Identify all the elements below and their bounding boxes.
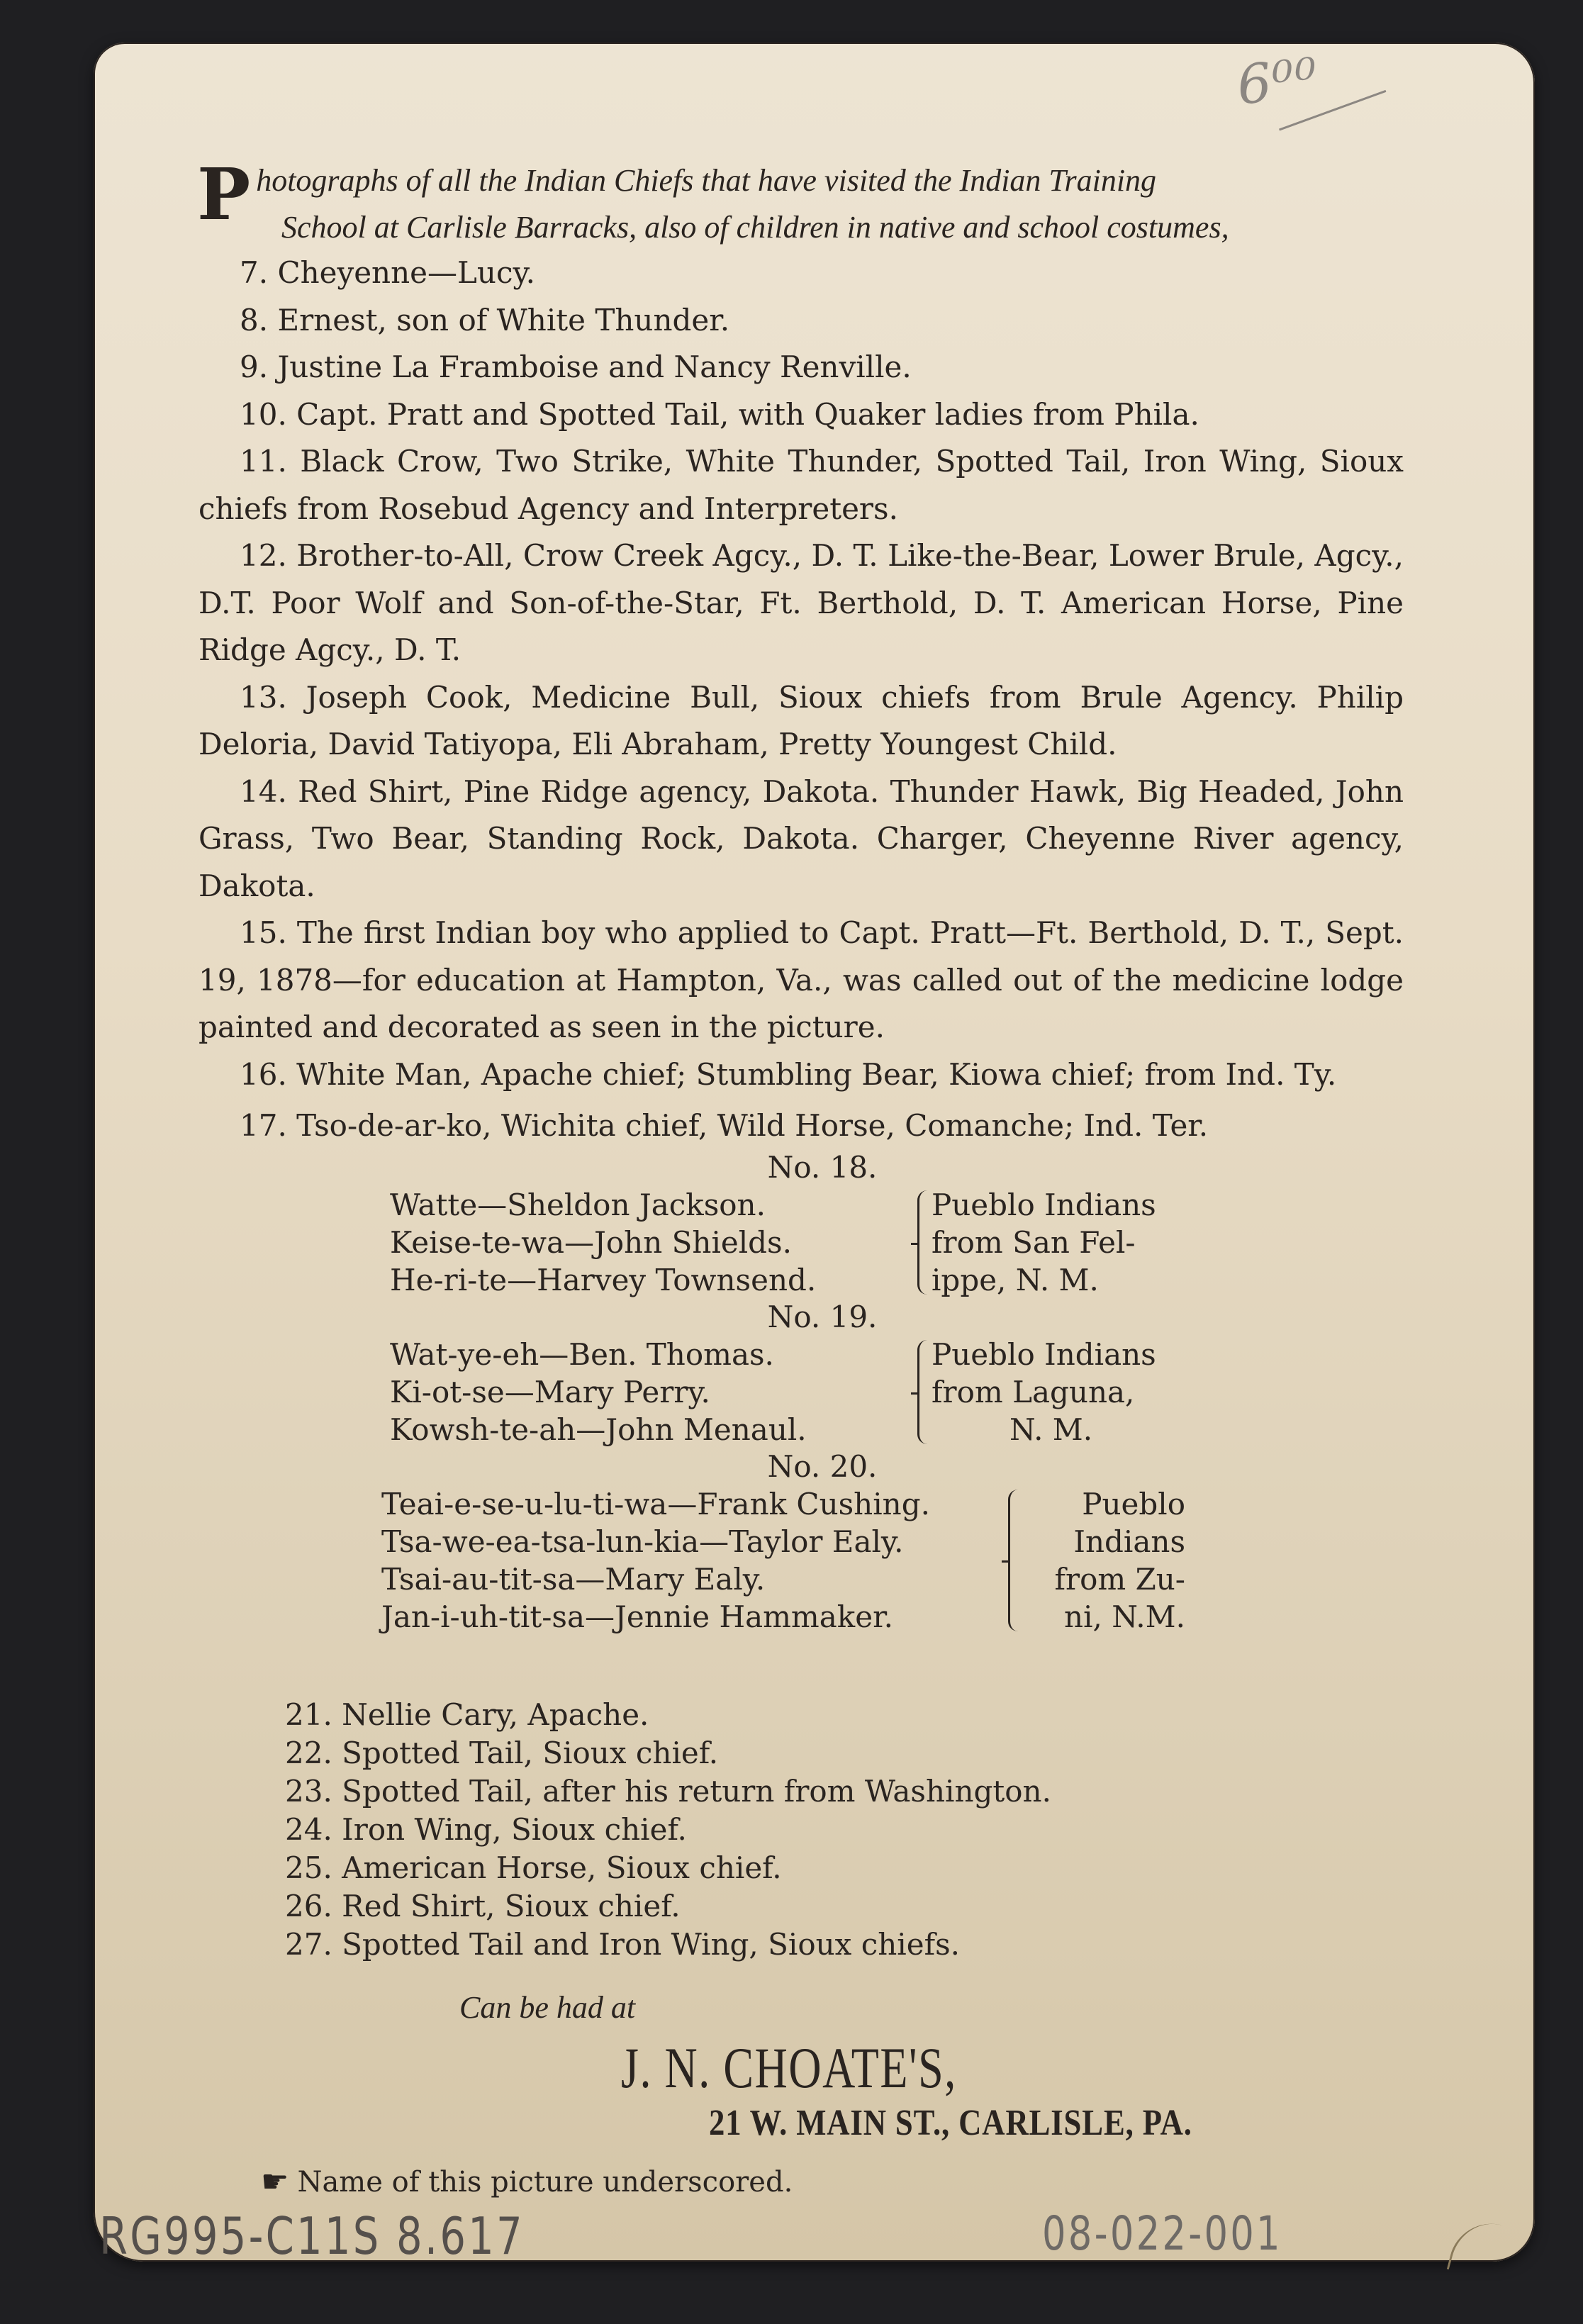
desc-line: ippe, N. M. (932, 1261, 1208, 1299)
entry-text: Brother-to-All, Crow Creek Agcy., D. T. … (198, 538, 1404, 667)
desc-line: from Laguna, (932, 1373, 1208, 1411)
desc-line: from Zu- (1022, 1560, 1185, 1598)
entry-17: 17. Tso-de-ar-ko, Wichita chief, Wild Ho… (198, 1102, 1404, 1150)
entry-text: Spotted Tail, after his return from Wash… (342, 1774, 1051, 1809)
entry-number: 15. (240, 915, 287, 950)
entry-number: 12. (240, 538, 287, 573)
entry-21: 21. Nellie Cary, Apache. (285, 1696, 1051, 1734)
entry-text: Red Shirt, Pine Ridge agency, Dakota. Th… (198, 774, 1404, 903)
entry-number: 24. (285, 1812, 332, 1847)
entry-text: Spotted Tail, Sioux chief. (342, 1736, 718, 1770)
studio-address: 21 W. MAIN ST., CARLISLE, PA. (709, 2102, 1192, 2144)
group-names: Teai-e-se-u-lu-ti-wa—Frank Cushing. Tsa-… (381, 1485, 998, 1636)
entry-number: 16. (240, 1057, 287, 1092)
group-name-row: Tsa-we-ea-tsa-lun-kia—Taylor Ealy. (381, 1523, 998, 1560)
desc-line: Pueblo Indians (932, 1336, 1208, 1373)
group-name-row: Tsai-au-tit-sa—Mary Ealy. (381, 1560, 998, 1598)
entry-22: 22. Spotted Tail, Sioux chief. (285, 1734, 1051, 1772)
desc-line: Indians (1022, 1523, 1185, 1560)
photo-entry-list: 7. Cheyenne—Lucy. 8. Ernest, son of Whit… (198, 250, 1404, 1636)
desc-line: ni, N.M. (1022, 1598, 1185, 1636)
card-heading: P hotographs of all the Indian Chiefs th… (200, 157, 1419, 251)
desc-line: N. M. (932, 1411, 1208, 1448)
entry-number: 25. (285, 1850, 332, 1885)
underscore-note: ☛ Name of this picture underscored. (261, 2164, 793, 2200)
pencil-price-annotation: 6⁰⁰ (1234, 45, 1322, 117)
entry-27: 27. Spotted Tail and Iron Wing, Sioux ch… (285, 1926, 1051, 1964)
entry-8: 8. Ernest, son of White Thunder. (198, 297, 1404, 345)
brace-icon (907, 1336, 932, 1448)
brace-icon (907, 1186, 932, 1299)
entry-number: 14. (240, 774, 287, 809)
group-description: Pueblo Indians from Zu- ni, N.M. (1022, 1485, 1185, 1636)
group-18: Watte—Sheldon Jackson. Keise-te-wa—John … (390, 1186, 1226, 1299)
entry-text: White Man, Apache chief; Stumbling Bear,… (296, 1057, 1336, 1092)
entry-number: 9. (240, 350, 268, 384)
entry-13: 13. Joseph Cook, Medicine Bull, Sioux ch… (198, 674, 1404, 769)
group-names: Watte—Sheldon Jackson. Keise-te-wa—John … (390, 1186, 907, 1299)
desc-line: Pueblo (1022, 1485, 1185, 1523)
group-name-row: Wat-ye-eh—Ben. Thomas. (390, 1336, 907, 1373)
entry-15: 15. The first Indian boy who applied to … (198, 910, 1404, 1051)
entry-number: 22. (285, 1736, 332, 1770)
group-description: Pueblo Indians from Laguna, N. M. (932, 1336, 1208, 1448)
entry-number: 23. (285, 1774, 332, 1809)
entry-text: Joseph Cook, Medicine Bull, Sioux chiefs… (198, 680, 1404, 762)
entry-number: 17. (240, 1108, 287, 1143)
entry-text: The first Indian boy who applied to Capt… (198, 915, 1404, 1044)
group-name-row: Teai-e-se-u-lu-ti-wa—Frank Cushing. (381, 1485, 998, 1523)
desc-line: from San Fel- (932, 1224, 1208, 1261)
group-19: Wat-ye-eh—Ben. Thomas. Ki-ot-se—Mary Per… (390, 1336, 1226, 1448)
group-name-row: Ki-ot-se—Mary Perry. (390, 1373, 907, 1411)
group-name-row: Kowsh-te-ah—John Menaul. (390, 1411, 907, 1448)
entry-12: 12. Brother-to-All, Crow Creek Agcy., D.… (198, 532, 1404, 674)
entry-7: 7. Cheyenne—Lucy. (198, 250, 1404, 297)
heading-line-2: School at Carlisle Barracks, also of chi… (200, 204, 1419, 251)
desc-line: Pueblo Indians (932, 1186, 1208, 1224)
pencil-accession-number: 08-022-001 (1042, 2206, 1282, 2261)
group-name-row: Watte—Sheldon Jackson. (390, 1186, 907, 1224)
entry-23: 23. Spotted Tail, after his return from … (285, 1772, 1051, 1811)
group-title-18: No. 18. (198, 1149, 1404, 1186)
entry-10: 10. Capt. Pratt and Spotted Tail, with Q… (198, 391, 1404, 439)
pencil-price-text: 6⁰⁰ (1234, 45, 1322, 117)
heading-line-1: hotographs of all the Indian Chiefs that… (256, 163, 1156, 198)
ornamental-dropcap: P (197, 160, 250, 228)
entry-text: Iron Wing, Sioux chief. (342, 1812, 687, 1847)
entry-text: Red Shirt, Sioux chief. (342, 1889, 680, 1923)
group-names: Wat-ye-eh—Ben. Thomas. Ki-ot-se—Mary Per… (390, 1336, 907, 1448)
entry-text: Cheyenne—Lucy. (277, 255, 535, 290)
entry-number: 11. (240, 444, 287, 479)
can-be-had-label: Can be had at (459, 1989, 635, 2026)
pointing-hand-icon: ☛ (261, 2164, 289, 2200)
entry-number: 8. (240, 303, 268, 337)
studio-name: J. N. CHOATE'S, (621, 2035, 957, 2101)
group-title-19: No. 19. (198, 1299, 1404, 1336)
group-title-20: No. 20. (198, 1448, 1404, 1485)
group-name-row: He-ri-te—Harvey Townsend. (390, 1261, 907, 1299)
entry-text: Capt. Pratt and Spotted Tail, with Quake… (296, 397, 1199, 432)
entry-11: 11. Black Crow, Two Strike, White Thunde… (198, 438, 1404, 532)
entry-26: 26. Red Shirt, Sioux chief. (285, 1887, 1051, 1926)
entry-text: American Horse, Sioux chief. (342, 1850, 781, 1885)
short-entry-list: 21. Nellie Cary, Apache. 22. Spotted Tai… (285, 1696, 1051, 1964)
group-description: Pueblo Indians from San Fel- ippe, N. M. (932, 1186, 1208, 1299)
entry-text: Ernest, son of White Thunder. (277, 303, 729, 337)
note-text: Name of this picture underscored. (297, 2166, 793, 2199)
entry-number: 13. (240, 680, 287, 715)
entry-number: 27. (285, 1927, 332, 1962)
entry-25: 25. American Horse, Sioux chief. (285, 1849, 1051, 1887)
group-name-row: Jan-i-uh-tit-sa—Jennie Hammaker. (381, 1598, 998, 1636)
entry-9: 9. Justine La Framboise and Nancy Renvil… (198, 344, 1404, 391)
entry-text: Tso-de-ar-ko, Wichita chief, Wild Horse,… (296, 1108, 1208, 1143)
brace-icon (998, 1485, 1022, 1636)
entry-number: 21. (285, 1697, 332, 1732)
entry-16: 16. White Man, Apache chief; Stumbling B… (198, 1057, 1404, 1093)
entry-text: Spotted Tail and Iron Wing, Sioux chiefs… (342, 1927, 960, 1962)
group-name-row: Keise-te-wa—John Shields. (390, 1224, 907, 1261)
group-20: Teai-e-se-u-lu-ti-wa—Frank Cushing. Tsa-… (381, 1485, 1218, 1636)
entry-text: Justine La Framboise and Nancy Renville. (277, 350, 911, 384)
entry-text: Nellie Cary, Apache. (342, 1697, 649, 1732)
entry-24: 24. Iron Wing, Sioux chief. (285, 1811, 1051, 1849)
entry-number: 7. (240, 255, 268, 290)
entry-number: 26. (285, 1889, 332, 1923)
pencil-catalog-number: RG995-C11S 8.617 (99, 2206, 525, 2266)
entry-text: Black Crow, Two Strike, White Thunder, S… (198, 444, 1404, 526)
entry-number: 10. (240, 397, 287, 432)
entry-14: 14. Red Shirt, Pine Ridge agency, Dakota… (198, 769, 1404, 910)
